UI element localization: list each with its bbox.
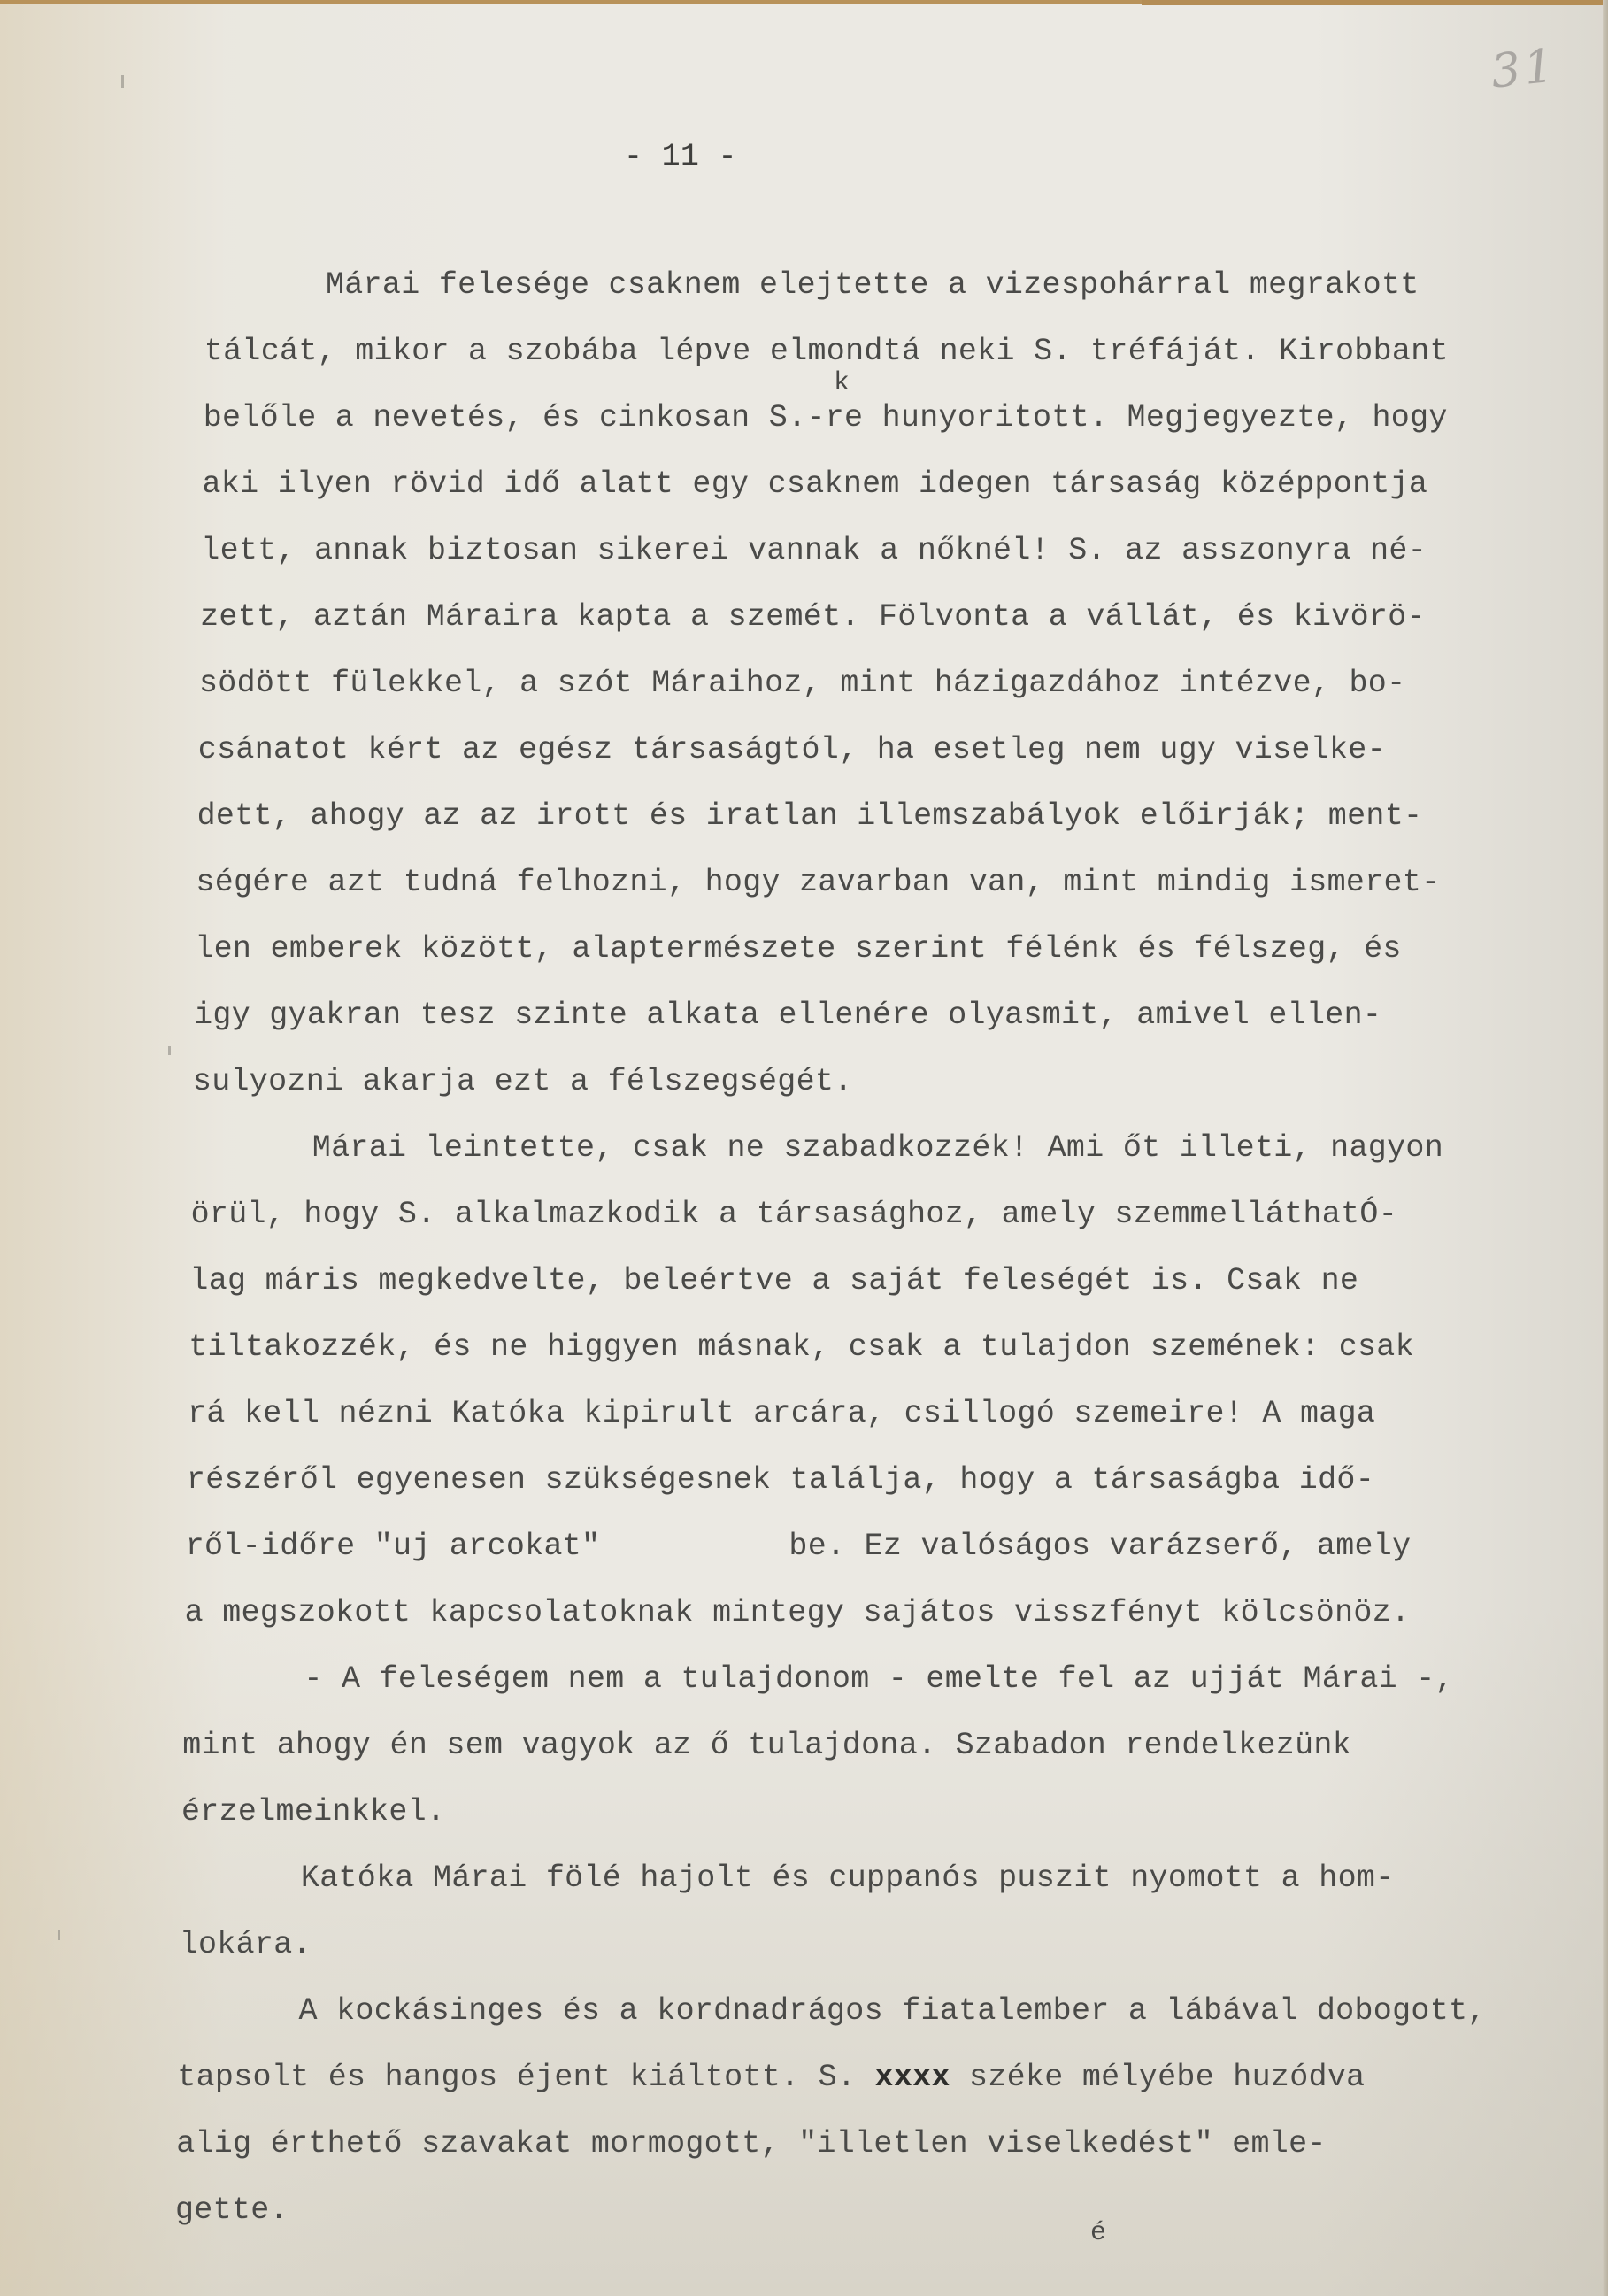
handwritten-folio-number: 31 bbox=[1489, 39, 1559, 98]
text-line: tapsolt és hangos éjent kiáltott. S. xxx… bbox=[177, 2062, 1365, 2093]
inserted-letter-k: k bbox=[834, 370, 1608, 397]
struck-out-word: xxxx bbox=[875, 2060, 950, 2095]
stray-mark bbox=[168, 1046, 171, 1055]
text-line: Márai leintette, csak ne szabadkozzék! A… bbox=[312, 1133, 1443, 1164]
text-line: ről-időre "uj arcokat" be. Ez valóságos … bbox=[186, 1531, 1412, 1562]
inserted-letter-e: é bbox=[1090, 2220, 1608, 2246]
text-line: aki ilyen rövid idő alatt egy csaknem id… bbox=[203, 469, 1428, 500]
text-line: södött fülekkel, a szót Máraihoz, mint h… bbox=[199, 668, 1405, 699]
text-line: ségére azt tudná felhozni, hogy zavarban… bbox=[196, 867, 1440, 898]
text-line: tiltakozzék, és ne higgyen másnak, csak … bbox=[188, 1332, 1414, 1363]
paper-edge bbox=[1603, 0, 1608, 2296]
text-line: Márai felesége csaknem elejtette a vizes… bbox=[326, 270, 1420, 301]
text-line: részéről egyenesen szükségesnek találja,… bbox=[187, 1465, 1374, 1496]
text-line: a megszokott kapcsolatoknak mintegy sajá… bbox=[185, 1598, 1411, 1629]
text-line: tálcát, mikor a szobába lépve elmondtá n… bbox=[204, 336, 1449, 367]
text-line: érzelmeinkkel. bbox=[181, 1797, 445, 1828]
text-line: - A feleségem nem a tulajdonom - emelte … bbox=[304, 1664, 1454, 1695]
text-line: Katóka Márai fölé hajolt és cuppanós pus… bbox=[301, 1863, 1395, 1894]
table-edge bbox=[1142, 0, 1608, 5]
stray-mark bbox=[58, 1930, 60, 1940]
text-line: belőle a nevetés, és cinkosan S.-re huny… bbox=[204, 403, 1448, 434]
text-line: sulyozni akarja ezt a félszegségét. bbox=[193, 1067, 853, 1098]
text-line: len emberek között, alaptermészete szeri… bbox=[195, 934, 1401, 965]
text-line: csánatot kért az egész társaságtól, ha e… bbox=[198, 735, 1386, 766]
text-line: mint ahogy én sem vagyok az ő tulajdona.… bbox=[182, 1730, 1351, 1761]
text-line: lokára. bbox=[180, 1930, 312, 1961]
stray-mark bbox=[121, 75, 124, 88]
text-line: dett, ahogy az az irott és iratlan illem… bbox=[197, 801, 1423, 832]
text-line: lag máris megkedvelte, beleértve a saját… bbox=[189, 1266, 1358, 1297]
text-line: alig érthető szavakat mormogott, "illetl… bbox=[176, 2129, 1327, 2160]
text-line: lett, annak biztosan sikerei vannak a nő… bbox=[201, 535, 1427, 566]
text-line: rá kell nézni Katóka kipirult arcára, cs… bbox=[188, 1398, 1375, 1429]
page-number: - 11 - bbox=[624, 142, 737, 173]
text-line: gette. bbox=[175, 2195, 289, 2226]
text-line: A kockásinges és a kordnadrágos fiatalem… bbox=[299, 1996, 1487, 2027]
text-line: igy gyakran tesz szinte alkata ellenére … bbox=[194, 1000, 1381, 1031]
text-line: örül, hogy S. alkalmazkodik a társaságho… bbox=[191, 1199, 1397, 1230]
text-line: zett, aztán Máraira kapta a szemét. Fölv… bbox=[200, 602, 1426, 633]
